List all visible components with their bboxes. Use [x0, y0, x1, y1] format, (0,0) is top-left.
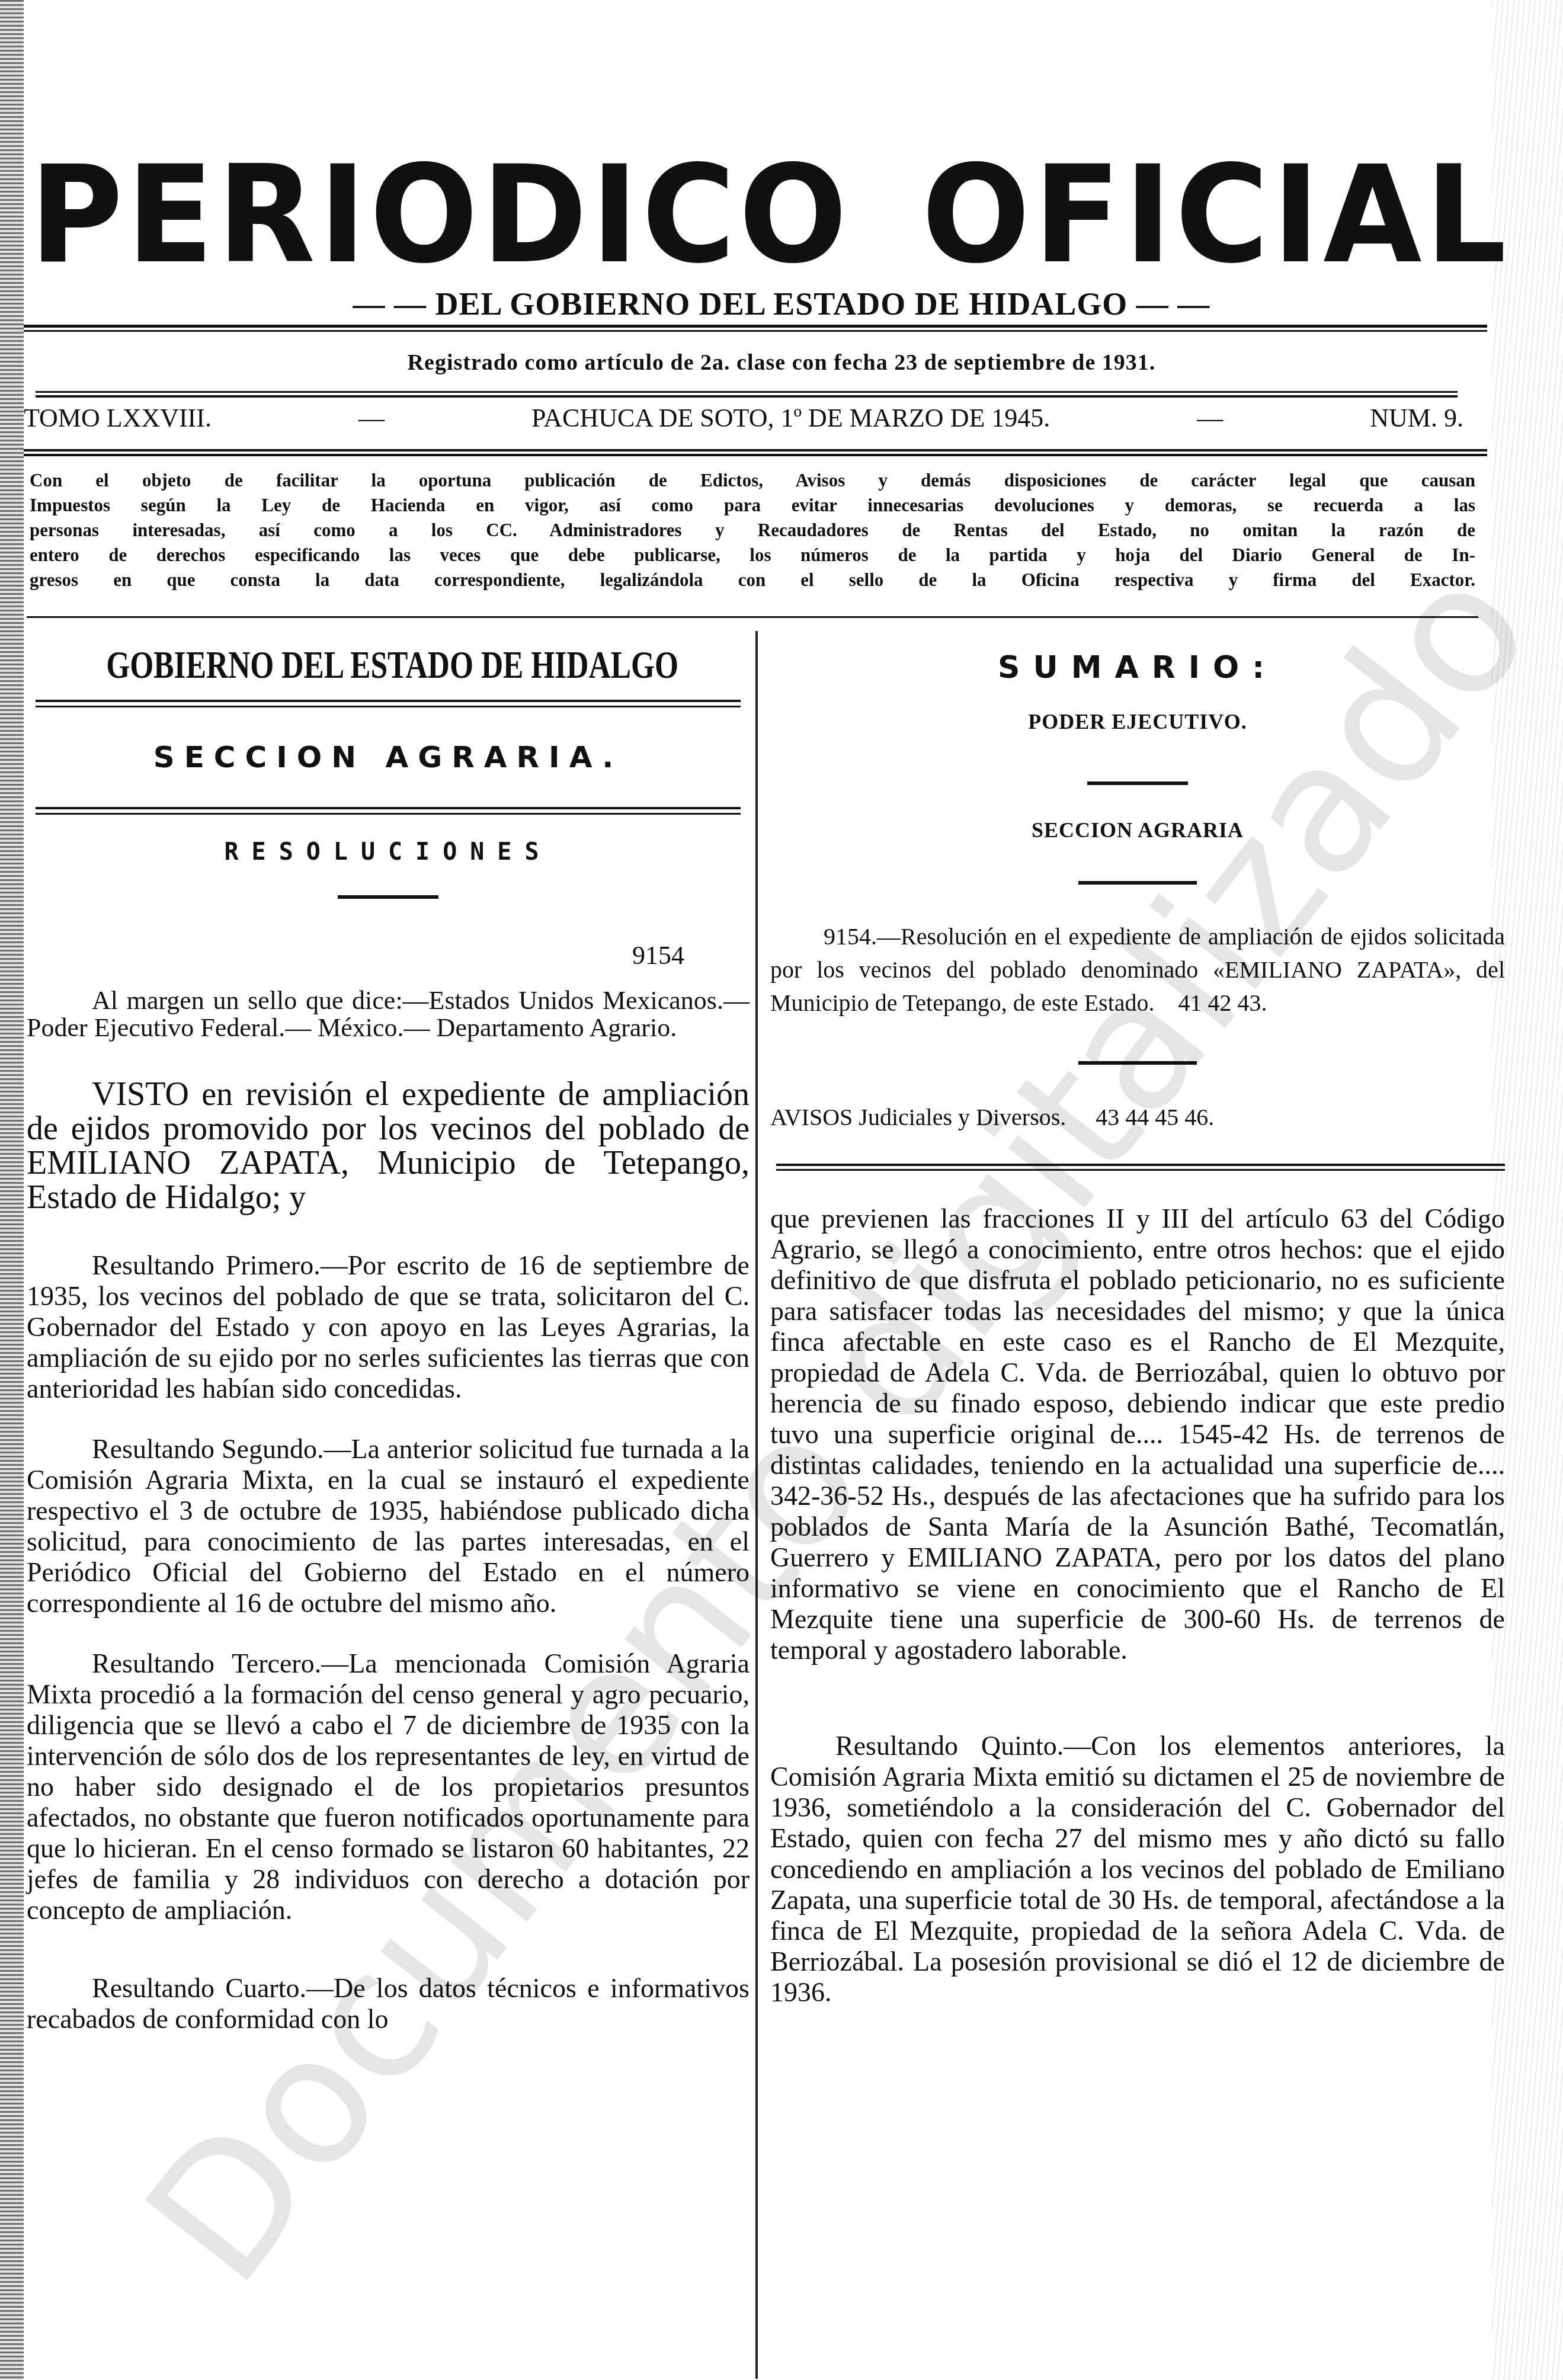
resultando-primero: Resultando Primero.—Por escrito de 16 de…: [27, 1250, 750, 1404]
avisos-pages: 43 44 45 46.: [1096, 1104, 1214, 1130]
masthead-word-oficial: OFICIAL: [922, 137, 1510, 293]
issue-number: NUM. 9.: [1370, 403, 1463, 433]
right-column: SUMARIO: PODER EJECUTIVO. SECCION AGRARI…: [770, 643, 1505, 2008]
resultando-cuarto-continuation: que previenen las fracciones II y III de…: [770, 1203, 1505, 1665]
summary-bottom-rule: [776, 1164, 1505, 1171]
government-heading: GOBIERNO DEL ESTADO DE HIDALGO: [106, 643, 670, 688]
newspaper-page: PERIODICOOFICIAL — — DEL GOBIERNO DEL ES…: [0, 0, 1563, 2380]
right-column-body: que previenen las fracciones II y III de…: [770, 1203, 1505, 2008]
section-heading: SECCION AGRARIA.: [27, 740, 750, 774]
resultando-tercero: Resultando Tercero.—La mencionada Comisi…: [27, 1648, 750, 1926]
dateline-rule-1: [24, 449, 1487, 451]
notice-line: Impuestos según la Ley de Hacienda en vi…: [30, 493, 1475, 518]
summary-rule-2: [1078, 881, 1197, 885]
masthead-word-periodico: PERIODICO: [30, 137, 851, 293]
summary-rule-1: [1087, 781, 1188, 785]
section-double-rule: [36, 807, 741, 815]
registration-rule-2: [36, 395, 1458, 398]
resultando-cuarto: Resultando Cuarto.—De los datos técnicos…: [27, 1973, 750, 2035]
summary-avisos: AVISOS Judiciales y Diversos. 43 44 45 4…: [770, 1103, 1505, 1131]
seal-paragraph: Al margen un sello que dice:—Estados Uni…: [27, 987, 750, 1042]
subsection-heading: RESOLUCIONES: [27, 838, 750, 866]
masthead-subtitle: — — DEL GOBIERNO DEL ESTADO DE HIDALGO —…: [0, 286, 1563, 322]
visto-paragraph: VISTO en revisión el expediente de ampli…: [27, 1077, 750, 1215]
resultando-quinto: Resultando Quinto.—Con los elementos ant…: [770, 1731, 1505, 2008]
notice-line: gresos en que consta la data correspondi…: [30, 568, 1475, 592]
summary-rule-3: [1078, 1061, 1197, 1065]
dateline: TOMO LXXVIII. — PACHUCA DE SOTO, 1º DE M…: [24, 403, 1463, 433]
notice-bottom-rule: [27, 616, 1478, 618]
summary-entry-pages: 41 42 43.: [1178, 989, 1267, 1016]
summary-entry-9154: 9154.—Resolución en el expediente de amp…: [770, 920, 1505, 1020]
resolution-number: 9154: [27, 940, 750, 970]
summary-entry-text: 9154.—Resolución en el expediente de amp…: [770, 923, 1505, 1016]
masthead-rule-1: [24, 325, 1487, 328]
dateline-dash-left: —: [358, 403, 385, 433]
notice-line: entero de derechos especificando las vec…: [30, 543, 1475, 568]
dateline-dash-right: —: [1197, 403, 1223, 433]
left-column: GOBIERNO DEL ESTADO DE HIDALGO SECCION A…: [27, 643, 750, 2035]
place-date: PACHUCA DE SOTO, 1º DE MARZO DE 1945.: [531, 403, 1050, 433]
registration-rule-1: [36, 391, 1458, 393]
notice-line: Con el objeto de facilitar la oportuna p…: [30, 468, 1475, 493]
short-rule: [338, 895, 438, 899]
publication-notice: Con el objeto de facilitar la oportuna p…: [30, 468, 1475, 592]
avisos-label: AVISOS Judiciales y Diversos.: [770, 1104, 1066, 1130]
notice-line: personas interesadas, así como a los CC.…: [30, 518, 1475, 543]
tomo-label: TOMO LXXVIII.: [24, 403, 212, 433]
masthead-rule-2: [24, 330, 1487, 332]
summary-heading: SUMARIO:: [770, 650, 1505, 686]
registration-line: Registrado como artículo de 2a. clase co…: [0, 350, 1563, 376]
dateline-rule-2: [24, 454, 1487, 456]
summary-seccion-agraria: SECCION AGRARIA: [770, 818, 1505, 843]
heading-double-rule: [36, 700, 741, 707]
resultando-segundo: Resultando Segundo.—La anterior solicitu…: [27, 1434, 750, 1619]
masthead-title: PERIODICOOFICIAL: [30, 148, 1493, 282]
summary-poder-ejecutivo: PODER EJECUTIVO.: [770, 709, 1505, 734]
column-divider: [755, 631, 758, 2379]
